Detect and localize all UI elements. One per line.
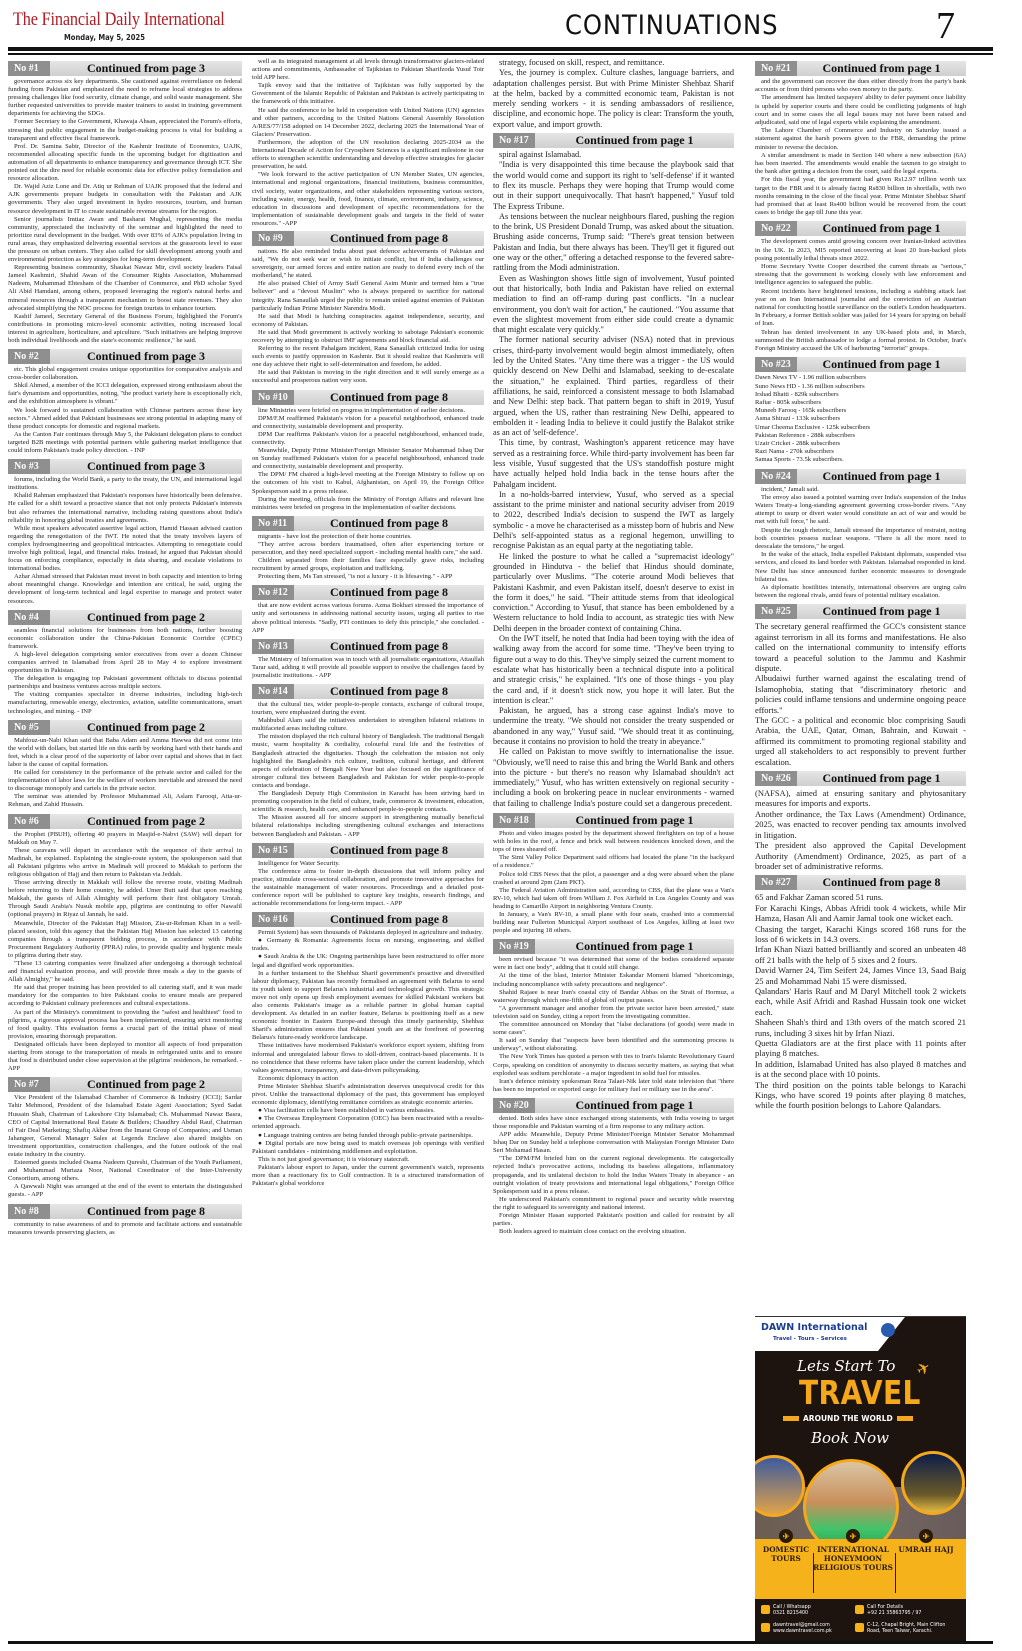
paragraph: Quetta Gladiators are at the first place… bbox=[755, 1038, 966, 1059]
paragraph: These initiatives have modernised Pakist… bbox=[252, 1042, 484, 1074]
paragraph: David Warner 24, Tim Seifert 24, James V… bbox=[755, 965, 966, 986]
article-number-tag: No #11 bbox=[252, 516, 294, 531]
paragraph: Home Secretary Yvette Cooper described t… bbox=[755, 263, 966, 288]
article: No #17Continued from page 1spiral agains… bbox=[493, 133, 734, 809]
paragraph: The mission displayed the rich cultural … bbox=[252, 733, 484, 790]
paragraph: For Karachi Kings, Abbas Afridi took 4 w… bbox=[755, 903, 966, 924]
column-2: well as its integrated management at all… bbox=[252, 58, 484, 1638]
top-rule bbox=[8, 47, 993, 51]
paragraph: Shahid Rajaee is near Iran's coastal cit… bbox=[493, 989, 734, 1005]
location-pin-icon bbox=[855, 1623, 864, 1632]
continued-from-label: Continued from page 1 bbox=[797, 221, 966, 236]
paragraph: He said that Modi is hatching conspiraci… bbox=[252, 313, 484, 329]
article-body: Photo and video images posted by the dep… bbox=[493, 830, 734, 935]
paragraph: The New York Times has quoted a person w… bbox=[493, 1053, 734, 1077]
paragraph: Foreign Minister Hasan supported Pakista… bbox=[493, 1212, 734, 1228]
section-title: CONTINUATIONS bbox=[565, 10, 778, 41]
article-header: No #4Continued from page 2 bbox=[8, 610, 242, 625]
paragraph: The DPM/ FM chaired a high-level meeting… bbox=[252, 471, 484, 495]
paragraph: The visiting companies specialize in div… bbox=[8, 691, 242, 715]
paragraph: He said the conference to be held in coo… bbox=[252, 107, 484, 139]
paragraph: In a no-holds-barred interview, Yusuf, w… bbox=[493, 490, 734, 552]
paragraph: Representing business community, Shaukat… bbox=[8, 264, 242, 313]
article-number-tag: No #6 bbox=[8, 814, 50, 829]
article: No #9Continued from page 8nations. He al… bbox=[252, 231, 484, 386]
paragraph: denied. Both sides have since exchanged … bbox=[493, 1115, 734, 1131]
paragraph: line Ministries were briefed on progress… bbox=[252, 407, 484, 415]
column-3: strategy, focused on skill, respect, and… bbox=[493, 58, 734, 1638]
paragraph: spiral against Islamabad. bbox=[493, 150, 734, 160]
paragraph: nations. He also reminded India about pa… bbox=[252, 248, 484, 280]
continued-from-label: Continued from page 8 bbox=[294, 843, 484, 858]
article-body: nations. He also reminded India about pa… bbox=[252, 248, 484, 386]
continued-from-label: Continued from page 8 bbox=[797, 875, 966, 890]
paragraph: Chasing the target, Karachi Kings scored… bbox=[755, 924, 966, 945]
paragraph: Furthermore, the adoption of the UN reso… bbox=[252, 139, 484, 171]
paragraph: As diplomatic hostilities intensify, int… bbox=[755, 584, 966, 600]
ad-brand-tagline: Travel - Tours - Services bbox=[773, 1336, 847, 1342]
article-number-tag: No #18 bbox=[493, 813, 535, 828]
paragraph: Khalid Rahman emphasized that Pakistan's… bbox=[8, 492, 242, 524]
paragraph: Shkil Ahmed, a member of the ICCI delega… bbox=[8, 382, 242, 406]
ad-headline: TRAVEL bbox=[799, 1373, 921, 1412]
paragraph: strategy, focused on skill, respect, and… bbox=[493, 58, 734, 68]
continued-from-label: Continued from page 2 bbox=[50, 610, 242, 625]
article-header: No #9Continued from page 8 bbox=[252, 231, 484, 246]
paragraph: Kashif Jameel, Secretary General of the … bbox=[8, 313, 242, 345]
article-header: No #11Continued from page 8 bbox=[252, 516, 484, 531]
ad-photo-city-night bbox=[901, 1451, 965, 1515]
paragraph: While most speakers advocated assertive … bbox=[8, 525, 242, 574]
paragraph: This is not just good governance; it is … bbox=[252, 1156, 484, 1164]
article-number-tag: No #8 bbox=[8, 1204, 50, 1219]
article-header: No #2Continued from page 3 bbox=[8, 349, 242, 364]
lead-continuation: well as its integrated management at all… bbox=[252, 58, 484, 228]
list-item: Asma Shirazi - 133k subscribers bbox=[755, 415, 966, 423]
paragraph: Recent incidents have heightened tension… bbox=[755, 288, 966, 329]
article-body: the Prophet (PBUH), offering 40 prayers … bbox=[8, 831, 242, 1074]
article-number-tag: No #19 bbox=[493, 939, 535, 954]
paragraph: He called for consistency in the perform… bbox=[8, 769, 242, 793]
paragraph: We look forward to sustained collaborati… bbox=[8, 407, 242, 431]
paragraph: Mahbubul Alam said the initiatives under… bbox=[252, 717, 484, 733]
paragraph: In addition, Islamabad United has also p… bbox=[755, 1059, 966, 1080]
paragraph: Protecting them, Ms Tan stressed, "is no… bbox=[252, 573, 484, 581]
continued-from-label: Continued from page 8 bbox=[294, 684, 484, 699]
continued-from-label: Continued from page 2 bbox=[50, 720, 242, 735]
article-number-tag: No #16 bbox=[252, 912, 294, 927]
article-header: No #27Continued from page 8 bbox=[755, 875, 966, 890]
list-item: Irshad Bhatti - 829k subscribers bbox=[755, 391, 966, 399]
paragraph: "We look forward to the active participa… bbox=[252, 171, 484, 228]
continued-from-label: Continued from page 1 bbox=[797, 604, 966, 619]
paragraph: "The DPM/FM briefed him on the current r… bbox=[493, 1155, 734, 1195]
article: No #22Continued from page 1The developme… bbox=[755, 221, 966, 353]
paragraph: ● Saudi Arabia & the UK: Ongoing partner… bbox=[252, 953, 484, 969]
paragraph: Children separated from their families f… bbox=[252, 557, 484, 573]
paragraph: The committee announced on Monday that "… bbox=[493, 1021, 734, 1037]
article-body: been revised because "it was determined … bbox=[493, 956, 734, 1094]
paragraph: etc. This global engagement creates uniq… bbox=[8, 366, 242, 382]
article-body: (NAFSA), aimed at ensuring sanitary and … bbox=[755, 788, 966, 871]
article: No #7Continued from page 2Vice President… bbox=[8, 1077, 242, 1199]
plane-icon: ✈ bbox=[919, 1529, 933, 1543]
article-number-tag: No #10 bbox=[252, 390, 294, 405]
article: No #8Continued from page 8community to r… bbox=[8, 1204, 242, 1237]
article: No #20Continued from page 1denied. Both … bbox=[493, 1098, 734, 1236]
article-number-tag: No #22 bbox=[755, 221, 797, 236]
paragraph: During the meeting, officials from the M… bbox=[252, 496, 484, 512]
paragraph: Pakistan, he argued, has a strong case a… bbox=[493, 706, 734, 747]
paragraph: He called on Pakistan to move swiftly to… bbox=[493, 747, 734, 809]
article-header: No #7Continued from page 2 bbox=[8, 1077, 242, 1092]
paragraph: As tensions between the nuclear neighbou… bbox=[493, 212, 734, 274]
paragraph: governance across six key departments. S… bbox=[8, 78, 242, 118]
continued-from-label: Continued from page 8 bbox=[294, 516, 484, 531]
article: No #11Continued from page 8migrants - ha… bbox=[252, 516, 484, 582]
iata-logo-icon bbox=[881, 1323, 895, 1337]
article-number-tag: No #27 bbox=[755, 875, 797, 890]
article-header: No #14Continued from page 8 bbox=[252, 684, 484, 699]
ad-category-international: ✈INTERNATIONAL HONEYMOON RELIGIOUS TOURS bbox=[813, 1529, 893, 1572]
paragraph: In January, a Van's RV-10, a small plane… bbox=[493, 911, 734, 935]
continued-from-label: Continued from page 1 bbox=[535, 939, 734, 954]
continued-from-label: Continued from page 8 bbox=[294, 390, 484, 405]
paragraph: The seminar was attended by Professor Mu… bbox=[8, 793, 242, 809]
article-body: Mahfouz-un-Nabi Khan said that Baba Adam… bbox=[8, 737, 242, 810]
ad-email-web: dawntravel@gmail.comwww.dawntravel.com.p… bbox=[773, 1623, 832, 1635]
article-body: 65 and Fakhar Zaman scored 51 runs.For K… bbox=[755, 892, 966, 1111]
paragraph: migrants - have lost the protection of t… bbox=[252, 533, 484, 541]
paragraph: that the cultural ties, wider people-to-… bbox=[252, 701, 484, 717]
continued-from-label: Continued from page 1 bbox=[797, 771, 966, 786]
article-header: No #23Continued from page 1 bbox=[755, 357, 966, 372]
paragraph: A similar amendment is made in Section 1… bbox=[755, 152, 966, 177]
article-number-tag: No #25 bbox=[755, 604, 797, 619]
article-number-tag: No #9 bbox=[252, 231, 294, 246]
paragraph: APP adds: Meanwhile, Deputy Prime Minist… bbox=[493, 1131, 734, 1155]
continued-from-label: Continued from page 8 bbox=[294, 912, 484, 927]
article: No #6Continued from page 2the Prophet (P… bbox=[8, 814, 242, 1074]
bottom-rule bbox=[8, 1641, 993, 1644]
paragraph: He said that Modi government is actively… bbox=[252, 329, 484, 345]
paragraph: Esteemed guests included Osama Nadeem Qu… bbox=[8, 1159, 242, 1183]
article-number-tag: No #1 bbox=[8, 61, 50, 76]
article: No #5Continued from page 2Mahfouz-un-Nab… bbox=[8, 720, 242, 810]
continued-from-label: Continued from page 3 bbox=[50, 349, 242, 364]
article-body: forums, including the World Bank, a part… bbox=[8, 476, 242, 606]
paragraph: that are now evident across various foru… bbox=[252, 602, 484, 634]
paragraph: He linked the posture to what he called … bbox=[493, 552, 734, 634]
article-header: No #5Continued from page 2 bbox=[8, 720, 242, 735]
article-body: spiral against Islamabad."India is very … bbox=[493, 150, 734, 809]
article-header: No #12Continued from page 8 bbox=[252, 585, 484, 600]
ad-call-details: Call For Details+92 21 35863795 / 97 bbox=[867, 1605, 921, 1617]
ad-call-whatsapp: Call / Whatsapp0321 8215400 bbox=[773, 1605, 811, 1617]
article-body: seamless financial solutions for busines… bbox=[8, 627, 242, 716]
paragraph: The Simi Valley Police Department said o… bbox=[493, 854, 734, 870]
list-item: Umar Cheema Exclusive - 125k subscribers bbox=[755, 424, 966, 432]
paragraph: and the government can recover the dues … bbox=[755, 78, 966, 94]
paragraph: Referring to the recent Pahalgam inciden… bbox=[252, 345, 484, 369]
ad-cta: Book Now bbox=[811, 1429, 889, 1447]
paragraph: Designated officials have been deployed … bbox=[8, 1041, 242, 1073]
paragraph: The Mission assured all for sincere supp… bbox=[252, 814, 484, 838]
paragraph: DPM Dar reaffirms Pakistan's vision for … bbox=[252, 431, 484, 447]
column-1: No #1Continued from page 3governance acr… bbox=[8, 58, 242, 1638]
article-header: No #17Continued from page 1 bbox=[493, 133, 734, 148]
plane-icon: ✈ bbox=[779, 1529, 793, 1543]
continued-from-label: Continued from page 8 bbox=[294, 639, 484, 654]
paragraph: Former Secretary to the Government, Khaw… bbox=[8, 118, 242, 142]
paragraph: Those arriving directly in Makkah will f… bbox=[8, 879, 242, 919]
article-body: migrants - have lost the protection of t… bbox=[252, 533, 484, 582]
paragraph: He said that proper training has been pr… bbox=[8, 984, 242, 1008]
ad-address: C-12, Chapal Bright, Main CliftonRoad, T… bbox=[867, 1623, 945, 1635]
article: No #10Continued from page 8line Ministri… bbox=[252, 390, 484, 512]
masthead: The Financial Daily International Monday… bbox=[0, 0, 1022, 52]
article: No #21Continued from page 1and the gover… bbox=[755, 61, 966, 217]
article: No #3Continued from page 3forums, includ… bbox=[8, 459, 242, 606]
top-rule-thin bbox=[8, 53, 993, 55]
paragraph: ● Language training centres are being fu… bbox=[252, 1132, 484, 1140]
list-item: Dawn News TV - 1.96 million subscribers bbox=[755, 374, 966, 382]
article-number-tag: No #15 bbox=[252, 843, 294, 858]
divider bbox=[895, 1553, 896, 1593]
article-header: No #22Continued from page 1 bbox=[755, 221, 966, 236]
paragraph: The GCC - a political and economic bloc … bbox=[755, 715, 966, 767]
article: No #2Continued from page 3etc. This glob… bbox=[8, 349, 242, 455]
article: No #23Continued from page 1Dawn News TV … bbox=[755, 357, 966, 464]
paragraph: Prime Minister Shehbaz Sharif's administ… bbox=[252, 1083, 484, 1107]
ad-contact-footer: Call / Whatsapp0321 8215400 Call For Det… bbox=[755, 1599, 966, 1641]
list-item: Pakistan Reference - 288k subscribers bbox=[755, 432, 966, 440]
paragraph: incident," Jamali said. bbox=[755, 486, 966, 494]
article-header: No #15Continued from page 8 bbox=[252, 843, 484, 858]
paragraph: Vice President of the Islamabad Chamber … bbox=[8, 1094, 242, 1159]
paragraph: community to raise awareness of and to p… bbox=[8, 1221, 242, 1237]
article-header: No #21Continued from page 1 bbox=[755, 61, 966, 76]
paragraph: ● Digital portals are now being used to … bbox=[252, 1140, 484, 1156]
list-item: Razi Nama - 270k subscribers bbox=[755, 448, 966, 456]
paragraph: 65 and Fakhar Zaman scored 51 runs. bbox=[755, 892, 966, 902]
article-number-tag: No #13 bbox=[252, 639, 294, 654]
continued-from-label: Continued from page 2 bbox=[50, 1077, 242, 1092]
phone-icon bbox=[761, 1605, 770, 1614]
paragraph: The conference aims to foster in-depth d… bbox=[252, 868, 484, 908]
article: No #26Continued from page 1(NAFSA), aime… bbox=[755, 771, 966, 871]
article-number-tag: No #2 bbox=[8, 349, 50, 364]
paragraph: The envoy also issued a pointed warning … bbox=[755, 494, 966, 527]
paragraph: Permit System) has seen thousands of Pak… bbox=[252, 929, 484, 937]
paragraph: Albudaiwi further warned against the esc… bbox=[755, 673, 966, 715]
paragraph: DPM/F.M reaffirmed Pakistan's vision for… bbox=[252, 415, 484, 431]
article-body: etc. This global engagement creates uniq… bbox=[8, 366, 242, 455]
article-body: that the cultural ties, wider people-to-… bbox=[252, 701, 484, 839]
article-body: Intelligence for Water Security.The conf… bbox=[252, 860, 484, 909]
article-header: No #25Continued from page 1 bbox=[755, 604, 966, 619]
article-body: and the government can recover the dues … bbox=[755, 78, 966, 217]
article-number-tag: No #3 bbox=[8, 459, 50, 474]
paragraph: ● Visa facilitation cells have been esta… bbox=[252, 1107, 484, 1115]
article: No #19Continued from page 1been revised … bbox=[493, 939, 734, 1094]
paragraph: Another ordinance, the Tax Laws (Amendme… bbox=[755, 809, 966, 840]
globe-icon bbox=[761, 1623, 770, 1632]
paragraph: A high-level delegation comprising senio… bbox=[8, 651, 242, 675]
article: No #16Continued from page 8Permit System… bbox=[252, 912, 484, 1188]
article-body: Vice President of the Islamabad Chamber … bbox=[8, 1094, 242, 1199]
list-item: Samaa Sports - 73.5k subscribers. bbox=[755, 456, 966, 464]
list-item: Uzair Cricket - 288k subscribers bbox=[755, 440, 966, 448]
article-body: The secretary general reaffirmed the GCC… bbox=[755, 621, 966, 767]
article-body: denied. Both sides have since exchanged … bbox=[493, 1115, 734, 1236]
article-number-tag: No #20 bbox=[493, 1098, 535, 1113]
article-number-tag: No #7 bbox=[8, 1077, 50, 1092]
paragraph: It said on Sunday that "suspects have be… bbox=[493, 1037, 734, 1053]
ad-category-domestic: ✈DOMESTIC TOURS bbox=[759, 1529, 813, 1563]
paragraph: The Lahore Chamber of Commerce and Indus… bbox=[755, 127, 966, 152]
paragraph: At the time of the blast, Interior Minis… bbox=[493, 972, 734, 988]
article-header: No #20Continued from page 1 bbox=[493, 1098, 734, 1113]
list-item: Muneeb Farooq - 165k subscribers bbox=[755, 407, 966, 415]
paragraph: Intelligence for Water Security. bbox=[252, 860, 484, 868]
paper-name: The Financial Daily International bbox=[13, 10, 225, 31]
article: No #14Continued from page 8that the cult… bbox=[252, 684, 484, 839]
paragraph: As the Canton Fair continues through May… bbox=[8, 431, 242, 455]
paragraph: Iran's defence ministry spokesman Reza T… bbox=[493, 1078, 734, 1094]
continued-from-label: Continued from page 8 bbox=[294, 231, 484, 246]
article-body: The development comes amid growing conce… bbox=[755, 238, 966, 353]
paragraph: The Federal Aviation Administration said… bbox=[493, 887, 734, 911]
paragraph: Mahfouz-un-Nabi Khan said that Baba Adam… bbox=[8, 737, 242, 769]
paragraph: Dr. Wajid Aziz Lone and Dr. Atiq ur Rehm… bbox=[8, 183, 242, 215]
article-number-tag: No #23 bbox=[755, 357, 797, 372]
article-body: line Ministries were briefed on progress… bbox=[252, 407, 484, 512]
article: No #25Continued from page 1The secretary… bbox=[755, 604, 966, 767]
paragraph: Police told CBS News that the pilot, a p… bbox=[493, 871, 734, 887]
paragraph: In a further testament to the Shehbaz Sh… bbox=[252, 970, 484, 1043]
paragraph: Even as Washington shows little sign of … bbox=[493, 274, 734, 336]
article-header: No #19Continued from page 1 bbox=[493, 939, 734, 954]
article-body: incident," Jamali said.The envoy also is… bbox=[755, 486, 966, 601]
article-number-tag: No #14 bbox=[252, 684, 294, 699]
article-number-tag: No #24 bbox=[755, 469, 797, 484]
continued-from-label: Continued from page 1 bbox=[535, 813, 734, 828]
paragraph: The development comes amid growing conce… bbox=[755, 238, 966, 263]
paragraph: As part of the Ministry's commitment to … bbox=[8, 1009, 242, 1041]
article: No #18Continued from page 1Photo and vid… bbox=[493, 813, 734, 935]
paragraph: Qalandars' Haris Rauf and M Daryl Mitche… bbox=[755, 986, 966, 1017]
paragraph: been revised because "it was determined … bbox=[493, 956, 734, 972]
article: No #15Continued from page 8Intelligence … bbox=[252, 843, 484, 909]
article: No #1Continued from page 3governance acr… bbox=[8, 61, 242, 345]
paragraph: He underscored Pakistan's commitment to … bbox=[493, 1196, 734, 1212]
travel-advertisement[interactable]: DAWN International Travel - Tours - Serv… bbox=[755, 1316, 966, 1641]
page-number: 7 bbox=[936, 4, 955, 48]
lead-continuation: strategy, focused on skill, respect, and… bbox=[493, 58, 734, 130]
paragraph: He said that Pakistan is moving in the r… bbox=[252, 369, 484, 385]
paragraph: "India is very disappointed this time be… bbox=[493, 160, 734, 211]
paragraph: Prof. Dr. Samina Sabir, Director of the … bbox=[8, 143, 242, 183]
paragraph: Yes, the journey is complex. Culture cla… bbox=[493, 68, 734, 130]
paragraph: Meanwhile, Director of the Pakistan Hajj… bbox=[8, 920, 242, 960]
continued-from-label: Continued from page 1 bbox=[797, 61, 966, 76]
ad-subheadline: AROUND THE WORLD bbox=[803, 1414, 893, 1423]
list-item: Raftar - 805k subscribers bbox=[755, 399, 966, 407]
paragraph: The amendment has limited taxpayers' abi… bbox=[755, 94, 966, 127]
paragraph: ● Germany & Romania: Agreements focus on… bbox=[252, 937, 484, 953]
paragraph: Pakistan's labour export to Japan, under… bbox=[252, 1164, 484, 1188]
article-header: No #10Continued from page 8 bbox=[252, 390, 484, 405]
paragraph: Photo and video images posted by the dep… bbox=[493, 830, 734, 854]
paragraph: For this fiscal year, the government had… bbox=[755, 176, 966, 217]
article-number-tag: No #21 bbox=[755, 61, 797, 76]
continued-from-label: Continued from page 1 bbox=[535, 1098, 734, 1113]
article: No #4Continued from page 2seamless finan… bbox=[8, 610, 242, 716]
article-number-tag: No #5 bbox=[8, 720, 50, 735]
paragraph: forums, including the World Bank, a part… bbox=[8, 476, 242, 492]
paragraph: seamless financial solutions for busines… bbox=[8, 627, 242, 651]
continued-from-label: Continued from page 3 bbox=[50, 61, 242, 76]
paragraph: The third position on the points table b… bbox=[755, 1080, 966, 1111]
article-number-tag: No #17 bbox=[493, 133, 535, 148]
issue-date: Monday, May 5, 2025 bbox=[64, 33, 145, 42]
continued-from-label: Continued from page 1 bbox=[797, 357, 966, 372]
paragraph: "They arrive across borders traumatised,… bbox=[252, 541, 484, 557]
paragraph: The secretary general reaffirmed the GCC… bbox=[755, 621, 966, 673]
paragraph: Economic diplomacy in action bbox=[252, 1075, 484, 1083]
paragraph: These caravans will depart in accordance… bbox=[8, 847, 242, 879]
article: No #27Continued from page 865 and Fakhar… bbox=[755, 875, 966, 1111]
ad-brand-name: DAWN International bbox=[761, 1322, 867, 1333]
article-body: Permit System) has seen thousands of Pak… bbox=[252, 929, 484, 1188]
paragraph: Shaheen Shah's third and 13th overs of t… bbox=[755, 1017, 966, 1038]
paragraph: Meanwhile, Deputy Prime Minister/Foreign… bbox=[252, 447, 484, 471]
paragraph: "A government manager and another from t… bbox=[493, 1005, 734, 1021]
continued-from-label: Continued from page 8 bbox=[294, 585, 484, 600]
list-item: Suno News HD - 1.36 million subscribers bbox=[755, 383, 966, 391]
subscriber-list: Dawn News TV - 1.96 million subscribersS… bbox=[755, 374, 966, 464]
article-number-tag: No #26 bbox=[755, 771, 797, 786]
paragraph: The Ministry of Information was in touch… bbox=[252, 656, 484, 680]
paragraph: The Bangladesh Deputy High Commission in… bbox=[252, 790, 484, 814]
article-header: No #16Continued from page 8 bbox=[252, 912, 484, 927]
paragraph: The former national security adviser (NS… bbox=[493, 335, 734, 438]
article-body: governance across six key departments. S… bbox=[8, 78, 242, 345]
article-header: No #3Continued from page 3 bbox=[8, 459, 242, 474]
phone-icon bbox=[855, 1605, 864, 1614]
plane-icon: ✈ bbox=[846, 1529, 860, 1543]
continued-from-label: Continued from page 2 bbox=[50, 814, 242, 829]
paragraph: This time, by contrast, Washington's app… bbox=[493, 438, 734, 489]
paragraph: "These 13 catering companies were finali… bbox=[8, 960, 242, 984]
continued-from-label: Continued from page 1 bbox=[797, 469, 966, 484]
paragraph: The delegation is engaging top Pakistani… bbox=[8, 675, 242, 691]
article-header: No #18Continued from page 1 bbox=[493, 813, 734, 828]
article-number-tag: No #12 bbox=[252, 585, 294, 600]
paragraph: Tajik envoy said that the initiative of … bbox=[252, 82, 484, 106]
paragraph: Azhar Ahmad stressed that Pakistan must … bbox=[8, 573, 242, 605]
article-number-tag: No #4 bbox=[8, 610, 50, 625]
article: No #12Continued from page 8that are now … bbox=[252, 585, 484, 634]
ad-category-umrah: ✈UMRAH HAJJ bbox=[897, 1529, 955, 1554]
paragraph: Tehran has denied involvement in any UK-… bbox=[755, 329, 966, 354]
paragraph: A Qawwali Night was arranged at the end … bbox=[8, 1183, 242, 1199]
paragraph: Irfan Khan Niazi batted brilliantly and … bbox=[755, 944, 966, 965]
paragraph: ● The Overseas Employment Corporation (O… bbox=[252, 1115, 484, 1131]
paragraph: (NAFSA), aimed at ensuring sanitary and … bbox=[755, 788, 966, 809]
continued-from-label: Continued from page 8 bbox=[50, 1204, 242, 1219]
